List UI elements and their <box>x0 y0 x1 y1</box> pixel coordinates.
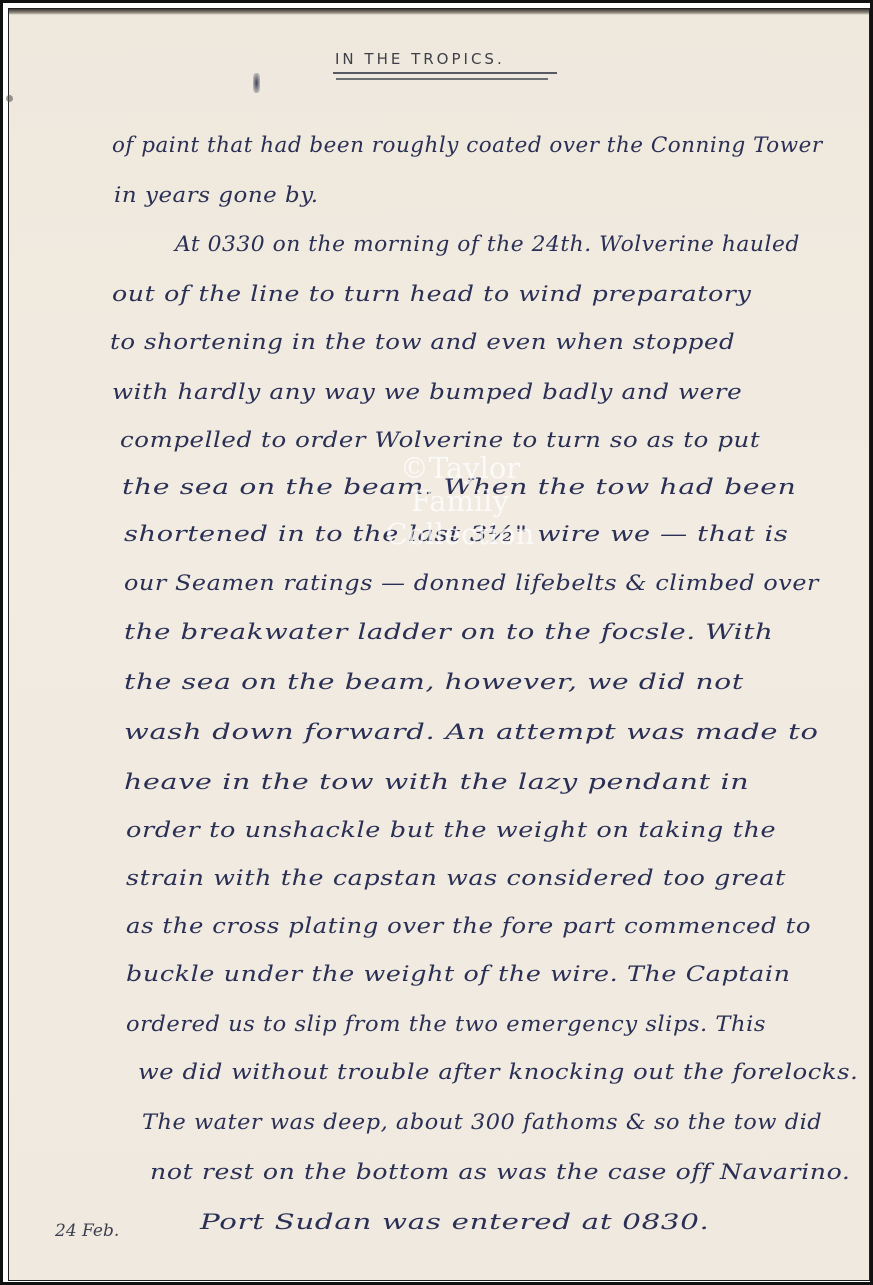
title-underline-2 <box>336 78 548 80</box>
text-line: heave in the tow with the lazy pendant i… <box>124 770 749 794</box>
text-line: with hardly any way we bumped badly and … <box>112 380 742 404</box>
page-top-shadow <box>9 9 869 15</box>
text-line: out of the line to turn head to wind pre… <box>112 282 751 306</box>
text-line: compelled to order Wolverine to turn so … <box>120 428 760 452</box>
text-line: Port Sudan was entered at 0830. <box>200 1210 710 1234</box>
text-line: At 0330 on the morning of the 24th. Wolv… <box>175 232 800 256</box>
text-line: our Seamen ratings — donned lifebelts & … <box>124 571 819 595</box>
text-line: order to unshackle but the weight on tak… <box>126 818 776 842</box>
text-line: as the cross plating over the fore part … <box>126 914 811 938</box>
text-line: of paint that had been roughly coated ov… <box>112 133 823 157</box>
ink-smudge <box>253 73 260 93</box>
margin-mark <box>6 95 13 102</box>
text-line: shortened in to the last 3½" wire we — t… <box>124 522 789 546</box>
text-line: not rest on the bottom as was the case o… <box>150 1160 851 1184</box>
text-line: we did without trouble after knocking ou… <box>138 1060 858 1084</box>
page-title: IN THE TROPICS. <box>335 50 505 68</box>
text-line: strain with the capstan was considered t… <box>126 866 786 890</box>
title-underline-1 <box>333 72 557 74</box>
text-line: the sea on the beam. When the tow had be… <box>122 475 796 499</box>
text-line: wash down forward. An attempt was made t… <box>124 720 819 744</box>
text-line: The water was deep, about 300 fathoms & … <box>142 1110 822 1134</box>
text-line: the sea on the beam, however, we did not <box>124 670 744 694</box>
text-line: buckle under the weight of the wire. The… <box>126 962 791 986</box>
text-line: in years gone by. <box>114 183 319 207</box>
margin-date-note: 24 Feb. <box>55 1221 119 1241</box>
text-line: the breakwater ladder on to the focsle. … <box>124 620 773 644</box>
text-line: to shortening in the tow and even when s… <box>110 330 735 354</box>
text-line: ordered us to slip from the two emergenc… <box>126 1012 766 1036</box>
